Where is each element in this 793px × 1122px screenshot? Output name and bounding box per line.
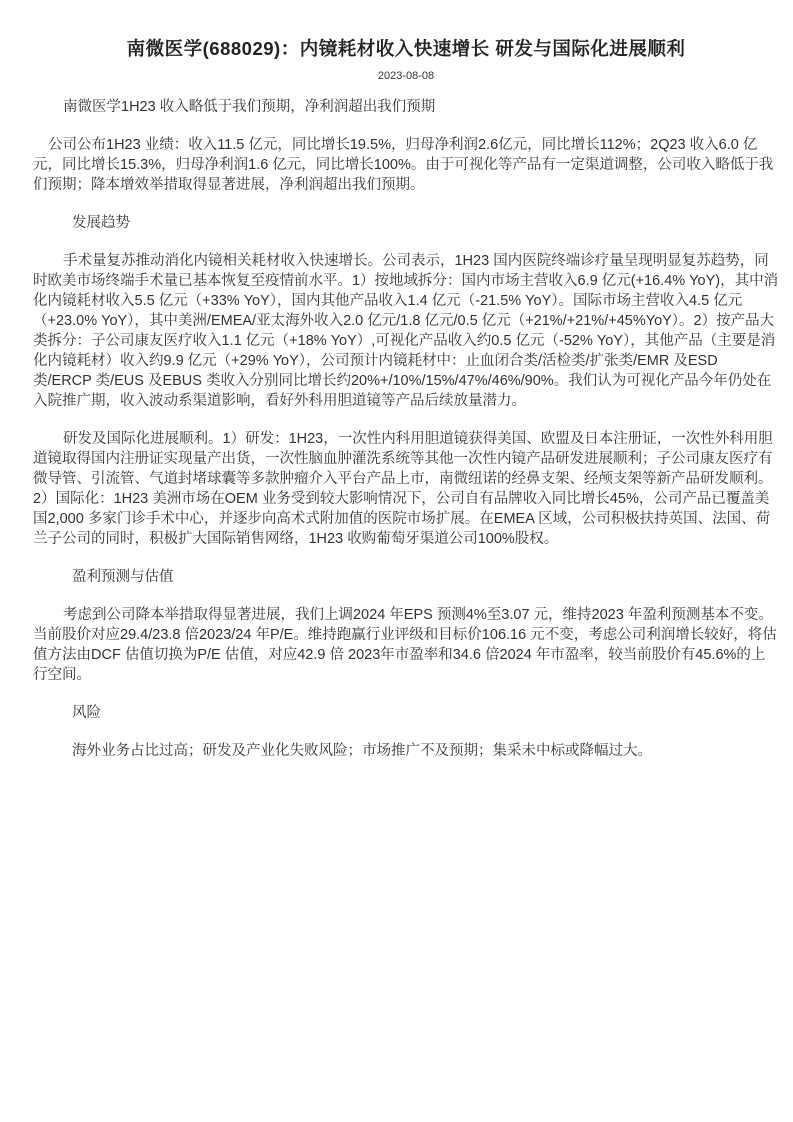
- section-heading-earnings-forecast-valuation: 盈利预测与估值: [33, 567, 779, 587]
- paragraph-rnd-internationalization: 研发及国际化进展顺利。1）研发：1H23，一次性内科用胆道镜获得美国、欧盟及日本…: [33, 429, 779, 549]
- paragraph-valuation: 考虑到公司降本举措取得显著进展，我们上调2024 年EPS 预测4%至3.07 …: [33, 605, 779, 685]
- section-heading-development-trends: 发展趋势: [33, 213, 779, 233]
- paragraph-risks: 海外业务占比过高；研发及产业化失败风险；市场推广不及预期；集采未中标或降幅过大。: [33, 741, 779, 761]
- report-document: 南微医学(688029)：内镜耗材收入快速增长 研发与国际化进展顺利 2023-…: [0, 0, 793, 761]
- summary-paragraph: 公司公布1H23 业绩：收入11.5 亿元，同比增长19.5%，归母净利润2.6…: [33, 135, 779, 195]
- report-date: 2023-08-08: [33, 69, 779, 83]
- section-heading-risks: 风险: [33, 703, 779, 723]
- report-title: 南微医学(688029)：内镜耗材收入快速增长 研发与国际化进展顺利: [33, 36, 779, 61]
- report-lead: 南微医学1H23 收入略低于我们预期，净利润超出我们预期: [33, 97, 779, 117]
- paragraph-revenue-breakdown: 手术量复苏推动消化内镜相关耗材收入快速增长。公司表示，1H23 国内医院终端诊疗…: [33, 251, 779, 411]
